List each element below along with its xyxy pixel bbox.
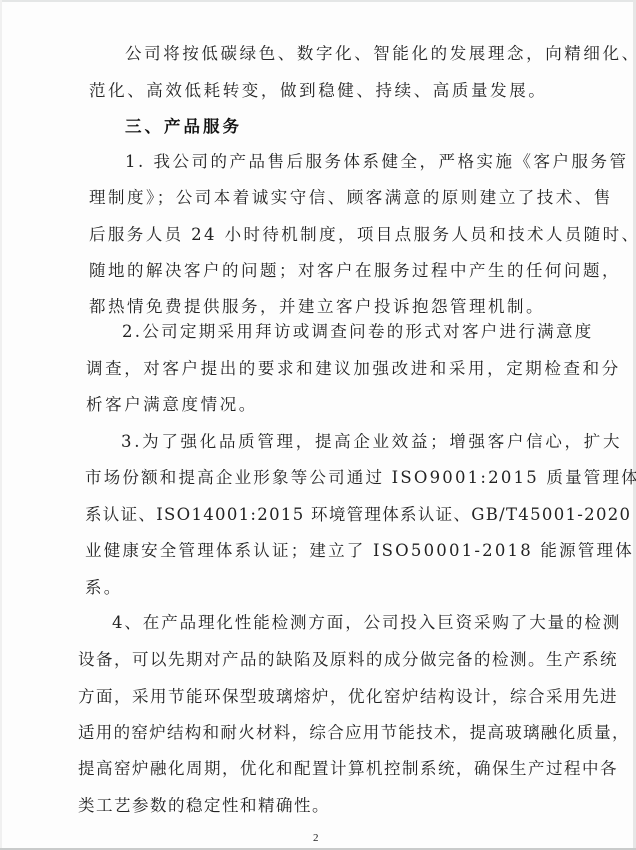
item-3-line-5: 系。 — [85, 578, 122, 598]
page-number: 2 — [313, 832, 319, 844]
item-1-line-3: 后服务人员 24 小时待机制度，项目点服务人员和技术人员随时、 — [89, 225, 636, 245]
page-top-edge — [0, 0, 636, 2]
item-3-line-4: 业健康安全管理体系认证；建立了 ISO50001-2018 能源管理体 — [85, 541, 634, 561]
item-1-line-1: 1. 我公司的产品售后服务体系健全，严格实施《客户服务管 — [125, 152, 629, 172]
item-2-line-3: 析客户满意度情况。 — [86, 395, 258, 415]
item-4-line-4: 适用的窑炉结构和耐火材料，综合应用节能技术，提高玻璃融化质量， — [78, 723, 630, 743]
section-heading: 三、产品服务 — [125, 117, 242, 137]
item-4-line-3: 方面，采用节能环保型玻璃熔炉，优化窑炉结构设计，综合采用先进 — [78, 687, 618, 707]
item-3-line-1: 3.为了强化品质管理，提高企业效益；增强客户信心，扩大 — [121, 432, 622, 452]
item-1-line-4: 随地的解决客户的问题；对客户在服务过程中产生的任何问题， — [89, 261, 621, 281]
intro-line-2: 范化、高效低耗转变，做到稳健、持续、高质量发展。 — [89, 81, 547, 101]
item-2-line-1: 2.公司定期采用拜访或调查问卷的形式对客户进行满意度 — [122, 322, 594, 342]
item-3-line-3: 系认证、ISO14001:2015 环境管理体系认证、GB/T45001-202… — [85, 505, 636, 525]
item-4-line-6: 类工艺参数的稳定性和精确性。 — [78, 796, 330, 816]
item-4-line-5: 提高窑炉融化周期，优化和配置计算机控制系统，确保生产过程中各 — [78, 759, 618, 779]
document-page: 公司将按低碳绿色、数字化、智能化的发展理念，向精细化、规 范化、高效低耗转变，做… — [0, 0, 636, 850]
item-3-line-2: 市场份额和提高企业形象等公司通过 ISO9001:2015 质量管理体 — [85, 468, 636, 488]
item-1-line-5: 都热情免费提供服务，并建立客户投诉抱怨管理机制。 — [89, 297, 545, 317]
page-left-edge — [0, 0, 2, 850]
item-1-line-2: 理制度》；公司本着诚实守信、顾客满意的原则建立了技术、售 — [89, 188, 613, 208]
item-4-line-2: 设备，可以先期对产品的缺陷及原料的成分做完备的检测。生产系统 — [78, 650, 618, 670]
item-2-line-2: 调查，对客户提出的要求和建议加强改进和采用，定期检查和分 — [86, 359, 621, 379]
item-4-line-1: 4、在产品理化性能检测方面，公司投入巨资采购了大量的检测 — [112, 613, 621, 633]
intro-line-1: 公司将按低碳绿色、数字化、智能化的发展理念，向精细化、规 — [125, 44, 636, 64]
